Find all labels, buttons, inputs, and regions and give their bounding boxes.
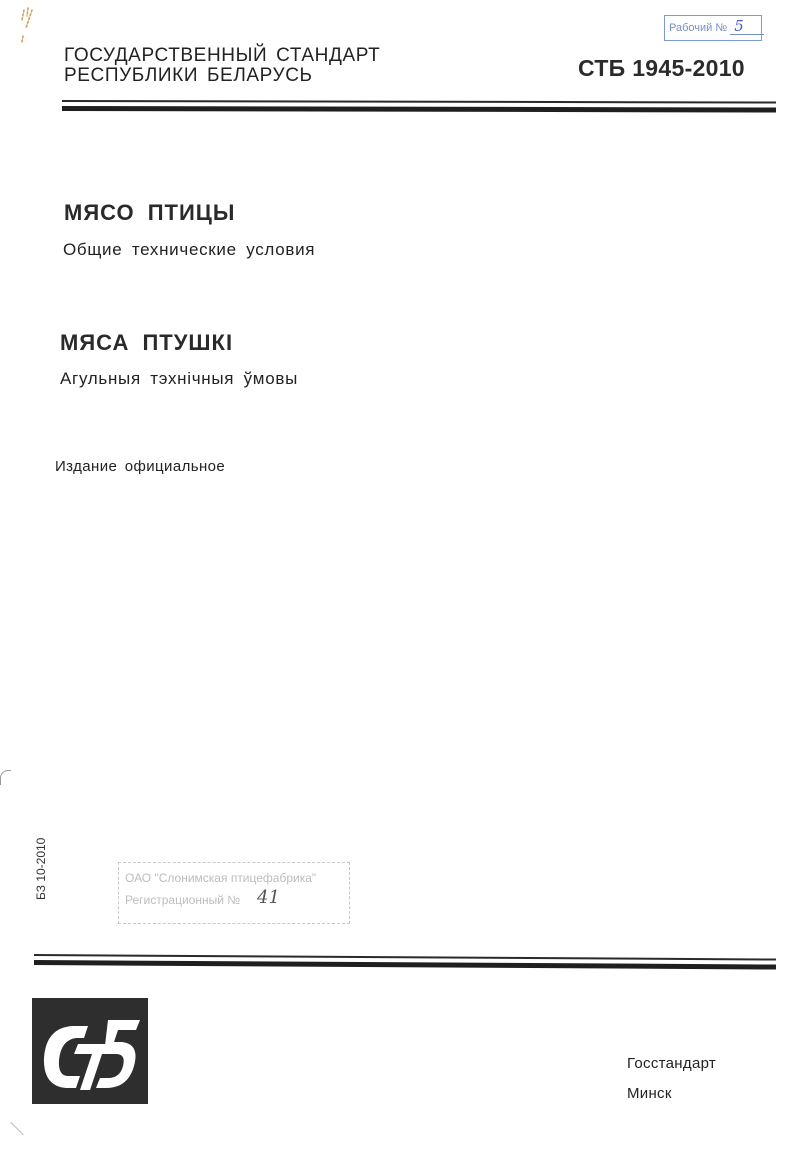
title-belarusian: МЯСА ПТУШКІ: [60, 330, 233, 356]
registration-stamp: ОАО "Слонимская птицефабрика" Регистраци…: [118, 862, 350, 924]
stb-logo: [32, 998, 148, 1104]
header-divider-thin: [62, 100, 776, 103]
title-russian: МЯСО ПТИЦЫ: [64, 200, 235, 226]
registration-stamp-org: ОАО "Слонимская птицефабрика": [125, 867, 343, 889]
standard-code: СТБ 1945-2010: [578, 55, 745, 82]
header-divider-thick: [62, 106, 776, 112]
stb-logo-icon: [32, 998, 148, 1104]
side-code: БЗ 10-2010: [34, 838, 48, 900]
publisher: Госстандарт: [627, 1055, 716, 1072]
footer-divider-thin: [34, 954, 776, 961]
scan-margin-mark: [0, 770, 11, 785]
subtitle-belarusian: Агульныя тэхнічныя ўмовы: [60, 369, 298, 389]
registration-number: 41: [257, 887, 280, 909]
working-copy-stamp: Рабочий № 5: [664, 15, 762, 41]
working-copy-number: 5: [730, 18, 764, 35]
scan-margin-mark-bottom: [10, 1122, 23, 1135]
edition-note: Издание официальное: [55, 458, 225, 475]
footer-divider-thick: [34, 960, 776, 970]
publication-city: Минск: [627, 1085, 672, 1102]
working-copy-label: Рабочий №: [669, 22, 727, 34]
subtitle-russian: Общие технические условия: [63, 240, 315, 260]
handwritten-mark: [18, 6, 48, 46]
registration-stamp-label: Регистрационный №: [125, 889, 343, 911]
issuer-header: ГОСУДАРСТВЕННЫЙ СТАНДАРТ РЕСПУБЛИКИ БЕЛА…: [64, 46, 380, 86]
issuer-line-1: ГОСУДАРСТВЕННЫЙ СТАНДАРТ: [64, 46, 380, 66]
issuer-line-2: РЕСПУБЛИКИ БЕЛАРУСЬ: [64, 66, 380, 86]
